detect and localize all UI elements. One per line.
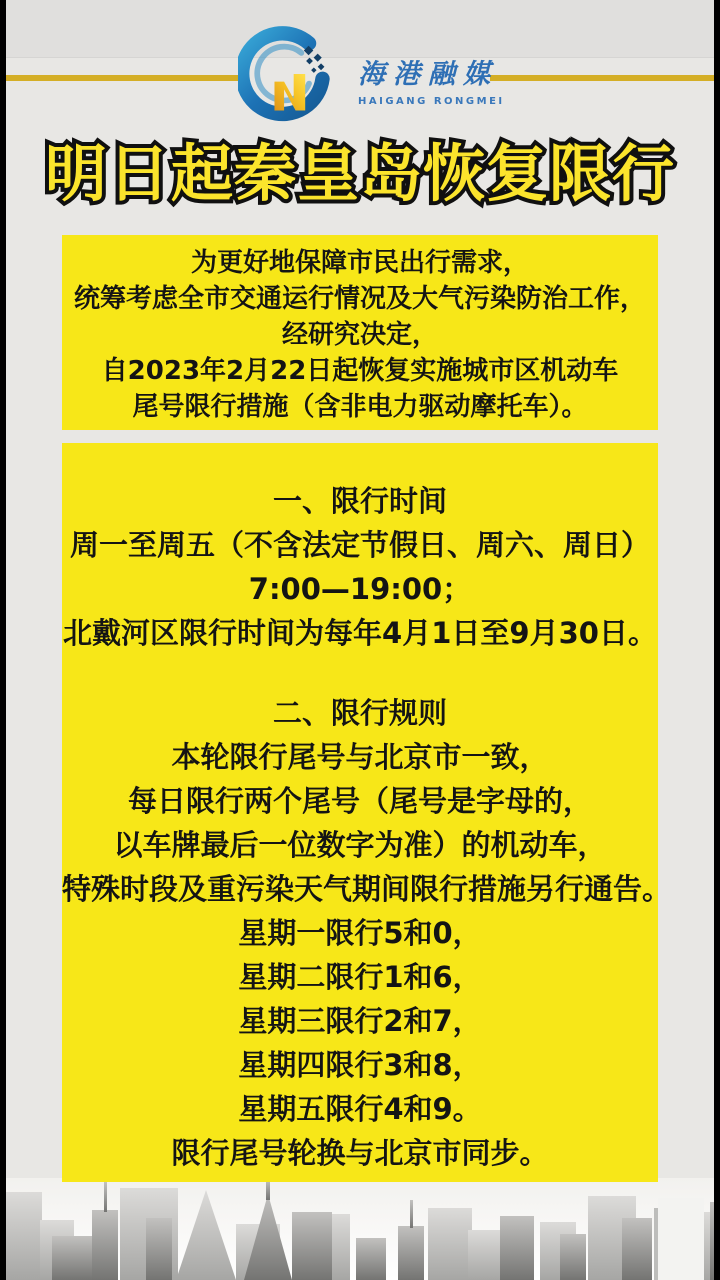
- rule-line: 本轮限行尾号与北京市一致，: [62, 735, 658, 779]
- rule-line: 星期三限行2和7，: [62, 999, 658, 1043]
- intro-panel: 为更好地保障市民出行需求， 统筹考虑全市交通运行情况及大气污染防治工作， 经研究…: [62, 235, 658, 430]
- section-heading: 二、限行规则: [62, 691, 658, 735]
- gold-divider-right: [490, 75, 720, 81]
- rule-line: 每日限行两个尾号（尾号是字母的，: [62, 779, 658, 823]
- intro-line: 为更好地保障市民出行需求，: [62, 245, 658, 281]
- poster-headline: 明日起秦皇岛恢复限行: [0, 124, 720, 213]
- rule-line: 北戴河区限行时间为每年4月1日至9月30日。: [62, 611, 658, 655]
- letterbox-bar-right: [714, 0, 720, 1280]
- rule-line: 星期四限行3和8，: [62, 1043, 658, 1087]
- rule-line: 限行尾号轮换与北京市同步。: [62, 1131, 658, 1175]
- intro-line: 自2023年2月22日起恢复实施城市区机动车: [62, 353, 658, 389]
- rule-line: 7:00—19:00；: [62, 567, 658, 611]
- brand-header: 海港融媒 HAIGANG RONGMEI: [238, 26, 505, 122]
- brand-name-block: 海港融媒 HAIGANG RONGMEI: [358, 52, 505, 107]
- city-skyline-silhouette: [0, 1178, 720, 1280]
- rule-line: 周一至周五（不含法定节假日、周六、周日）: [62, 523, 658, 567]
- rule-line: 特殊时段及重污染天气期间限行措施另行通告。: [62, 867, 658, 911]
- rule-line: 以车牌最后一位数字为准）的机动车，: [62, 823, 658, 867]
- haigang-rongmei-logo-icon: [238, 26, 334, 122]
- gold-divider-left: [0, 75, 238, 81]
- intro-line: 尾号限行措施（含非电力驱动摩托车）。: [62, 389, 658, 425]
- rule-line: 星期五限行4和9。: [62, 1087, 658, 1131]
- brand-name-en: HAIGANG RONGMEI: [358, 96, 505, 107]
- intro-line: 统筹考虑全市交通运行情况及大气污染防治工作，: [62, 281, 658, 317]
- section-heading: 一、限行时间: [62, 479, 658, 523]
- intro-line: 经研究决定，: [62, 317, 658, 353]
- restriction-time-section: 一、限行时间 周一至周五（不含法定节假日、周六、周日） 7:00—19:00； …: [62, 479, 658, 655]
- letterbox-bar-left: [0, 0, 6, 1280]
- rules-panel: 一、限行时间 周一至周五（不含法定节假日、周六、周日） 7:00—19:00； …: [62, 443, 658, 1182]
- rule-line: 星期二限行1和6，: [62, 955, 658, 999]
- brand-name-cn: 海港融媒: [358, 52, 505, 91]
- rule-line: 星期一限行5和0，: [62, 911, 658, 955]
- poster-frame: 海港融媒 HAIGANG RONGMEI 明日起秦皇岛恢复限行 为更好地保障市民…: [0, 0, 720, 1280]
- restriction-rule-section: 二、限行规则 本轮限行尾号与北京市一致， 每日限行两个尾号（尾号是字母的， 以车…: [62, 691, 658, 1175]
